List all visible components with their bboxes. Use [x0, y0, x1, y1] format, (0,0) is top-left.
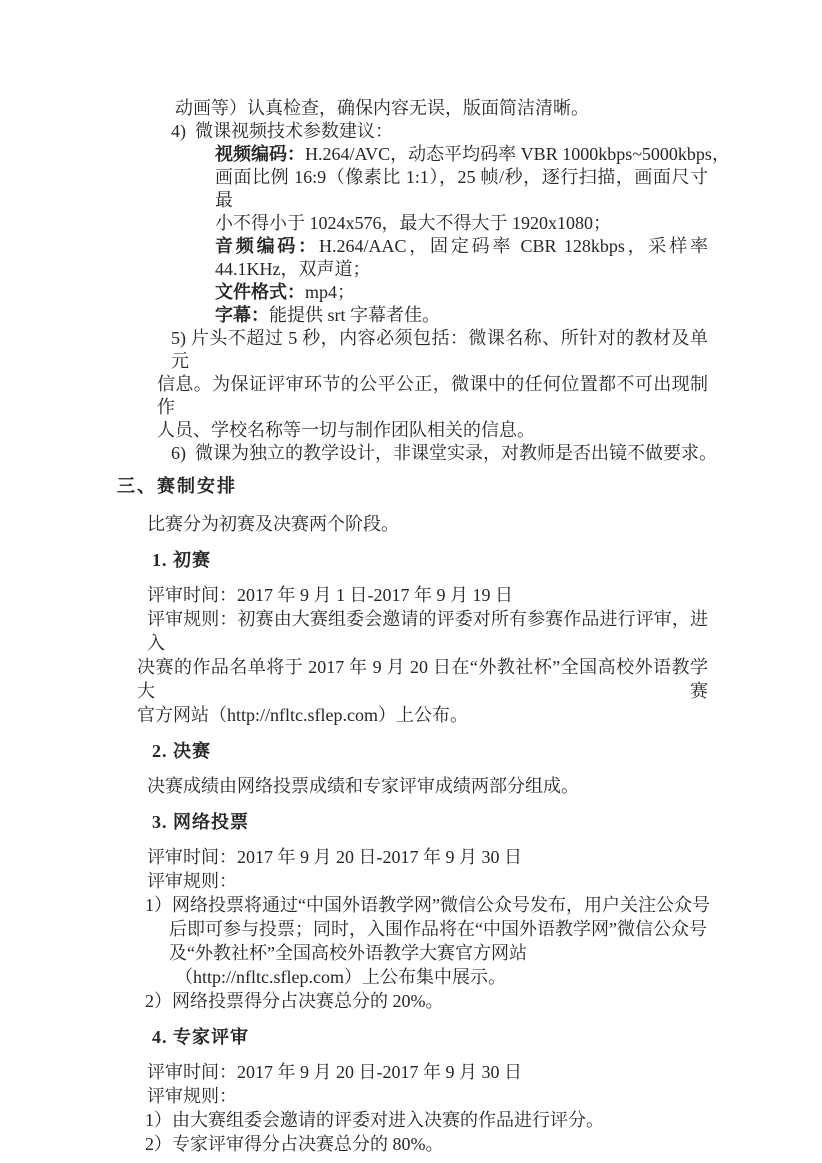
bold-label: 字幕：: [215, 305, 269, 325]
text-line: 字幕：能提供 srt 字幕者佳。: [117, 304, 708, 327]
text-line: 文件格式：mp4；: [117, 281, 708, 304]
text-line: 评审时间：2017 年 9 月 1 日-2017 年 9 月 19 日: [117, 583, 708, 607]
text-line: 决赛成绩由网络投票成绩和专家评审成绩两部分组成。: [117, 774, 708, 798]
scanned-document-page: { "page": { "background": "#ffffff", "te…: [0, 0, 822, 1163]
subsection-heading-final: 2. 决赛: [117, 739, 708, 763]
text-line: 信息。为保证评审环节的公平公正，微课中的任何位置都不可出现制作: [117, 373, 708, 419]
text-line: 1）由大赛组委会邀请的评委对进入决赛的作品进行评分。: [117, 1108, 708, 1132]
text-line: 人员、学校名称等一切与制作团队相关的信息。: [117, 419, 708, 442]
text-line: （http://nfltc.sflep.com）上公布集中展示。: [117, 965, 708, 989]
text-line: 44.1KHz，双声道；: [117, 258, 708, 281]
text-line: 6) 微课为独立的教学设计，非课堂实录，对教师是否出镜不做要求。: [117, 442, 708, 465]
text-line: 评审规则：初赛由大赛组委会邀请的评委对所有参赛作品进行评审，进入: [117, 607, 708, 655]
text-line: 后即可参与投票；同时，入围作品将在“中国外语教学网”微信公众号: [117, 917, 708, 941]
bold-label: 音频编码：: [215, 236, 319, 256]
text-line: 视频编码：H.264/AVC，动态平均码率 VBR 1000kbps~5000k…: [117, 143, 708, 166]
subsection-heading-preliminary: 1. 初赛: [117, 548, 708, 572]
document-body: 动画等）认真检查，确保内容无误，版面简洁清晰。4) 微课视频技术参数建议：视频编…: [117, 97, 708, 1156]
text-line: 动画等）认真检查，确保内容无误，版面简洁清晰。: [117, 97, 708, 120]
text-line: 5) 片头不超过 5 秒，内容必须包括：微课名称、所针对的教材及单元: [117, 327, 708, 373]
text-line: 及“外教社杯”全国高校外语教学大赛官方网站: [117, 941, 708, 965]
text-line: 官方网站（http://nfltc.sflep.com）上公布。: [117, 703, 708, 727]
text-line: 评审规则：: [117, 869, 708, 893]
bold-label: 文件格式：: [215, 282, 305, 302]
text-line: 2）专家评审得分占决赛总分的 80%。: [117, 1132, 708, 1156]
text-line: 2）网络投票得分占决赛总分的 20%。: [117, 989, 708, 1013]
text-line: 比赛分为初赛及决赛两个阶段。: [117, 512, 708, 536]
subsection-heading-online-voting: 3. 网络投票: [117, 810, 708, 834]
text-line: 评审时间：2017 年 9 月 20 日-2017 年 9 月 30 日: [117, 845, 708, 869]
text-line: 评审规则：: [117, 1084, 708, 1108]
section-heading: 三、赛制安排: [117, 474, 708, 498]
text-line: 音频编码：H.264/AAC，固定码率 CBR 128kbps，采样率: [117, 235, 708, 258]
subsection-heading-expert-review: 4. 专家评审: [117, 1025, 708, 1049]
bold-label: 视频编码：: [215, 144, 305, 164]
text-line: 画面比例 16:9（像素比 1:1），25 帧/秒，逐行扫描，画面尺寸最: [117, 166, 708, 212]
text-line: 1）网络投票将通过“中国外语教学网”微信公众号发布，用户关注公众号: [117, 893, 708, 917]
text-line: 决赛的作品名单将于 2017 年 9 月 20 日在“外教社杯”全国高校外语教学…: [117, 655, 708, 703]
text-line: 评审时间：2017 年 9 月 20 日-2017 年 9 月 30 日: [117, 1060, 708, 1084]
text-line: 小不得小于 1024x576，最大不得大于 1920x1080；: [117, 212, 708, 235]
text-line: 4) 微课视频技术参数建议：: [117, 120, 708, 143]
